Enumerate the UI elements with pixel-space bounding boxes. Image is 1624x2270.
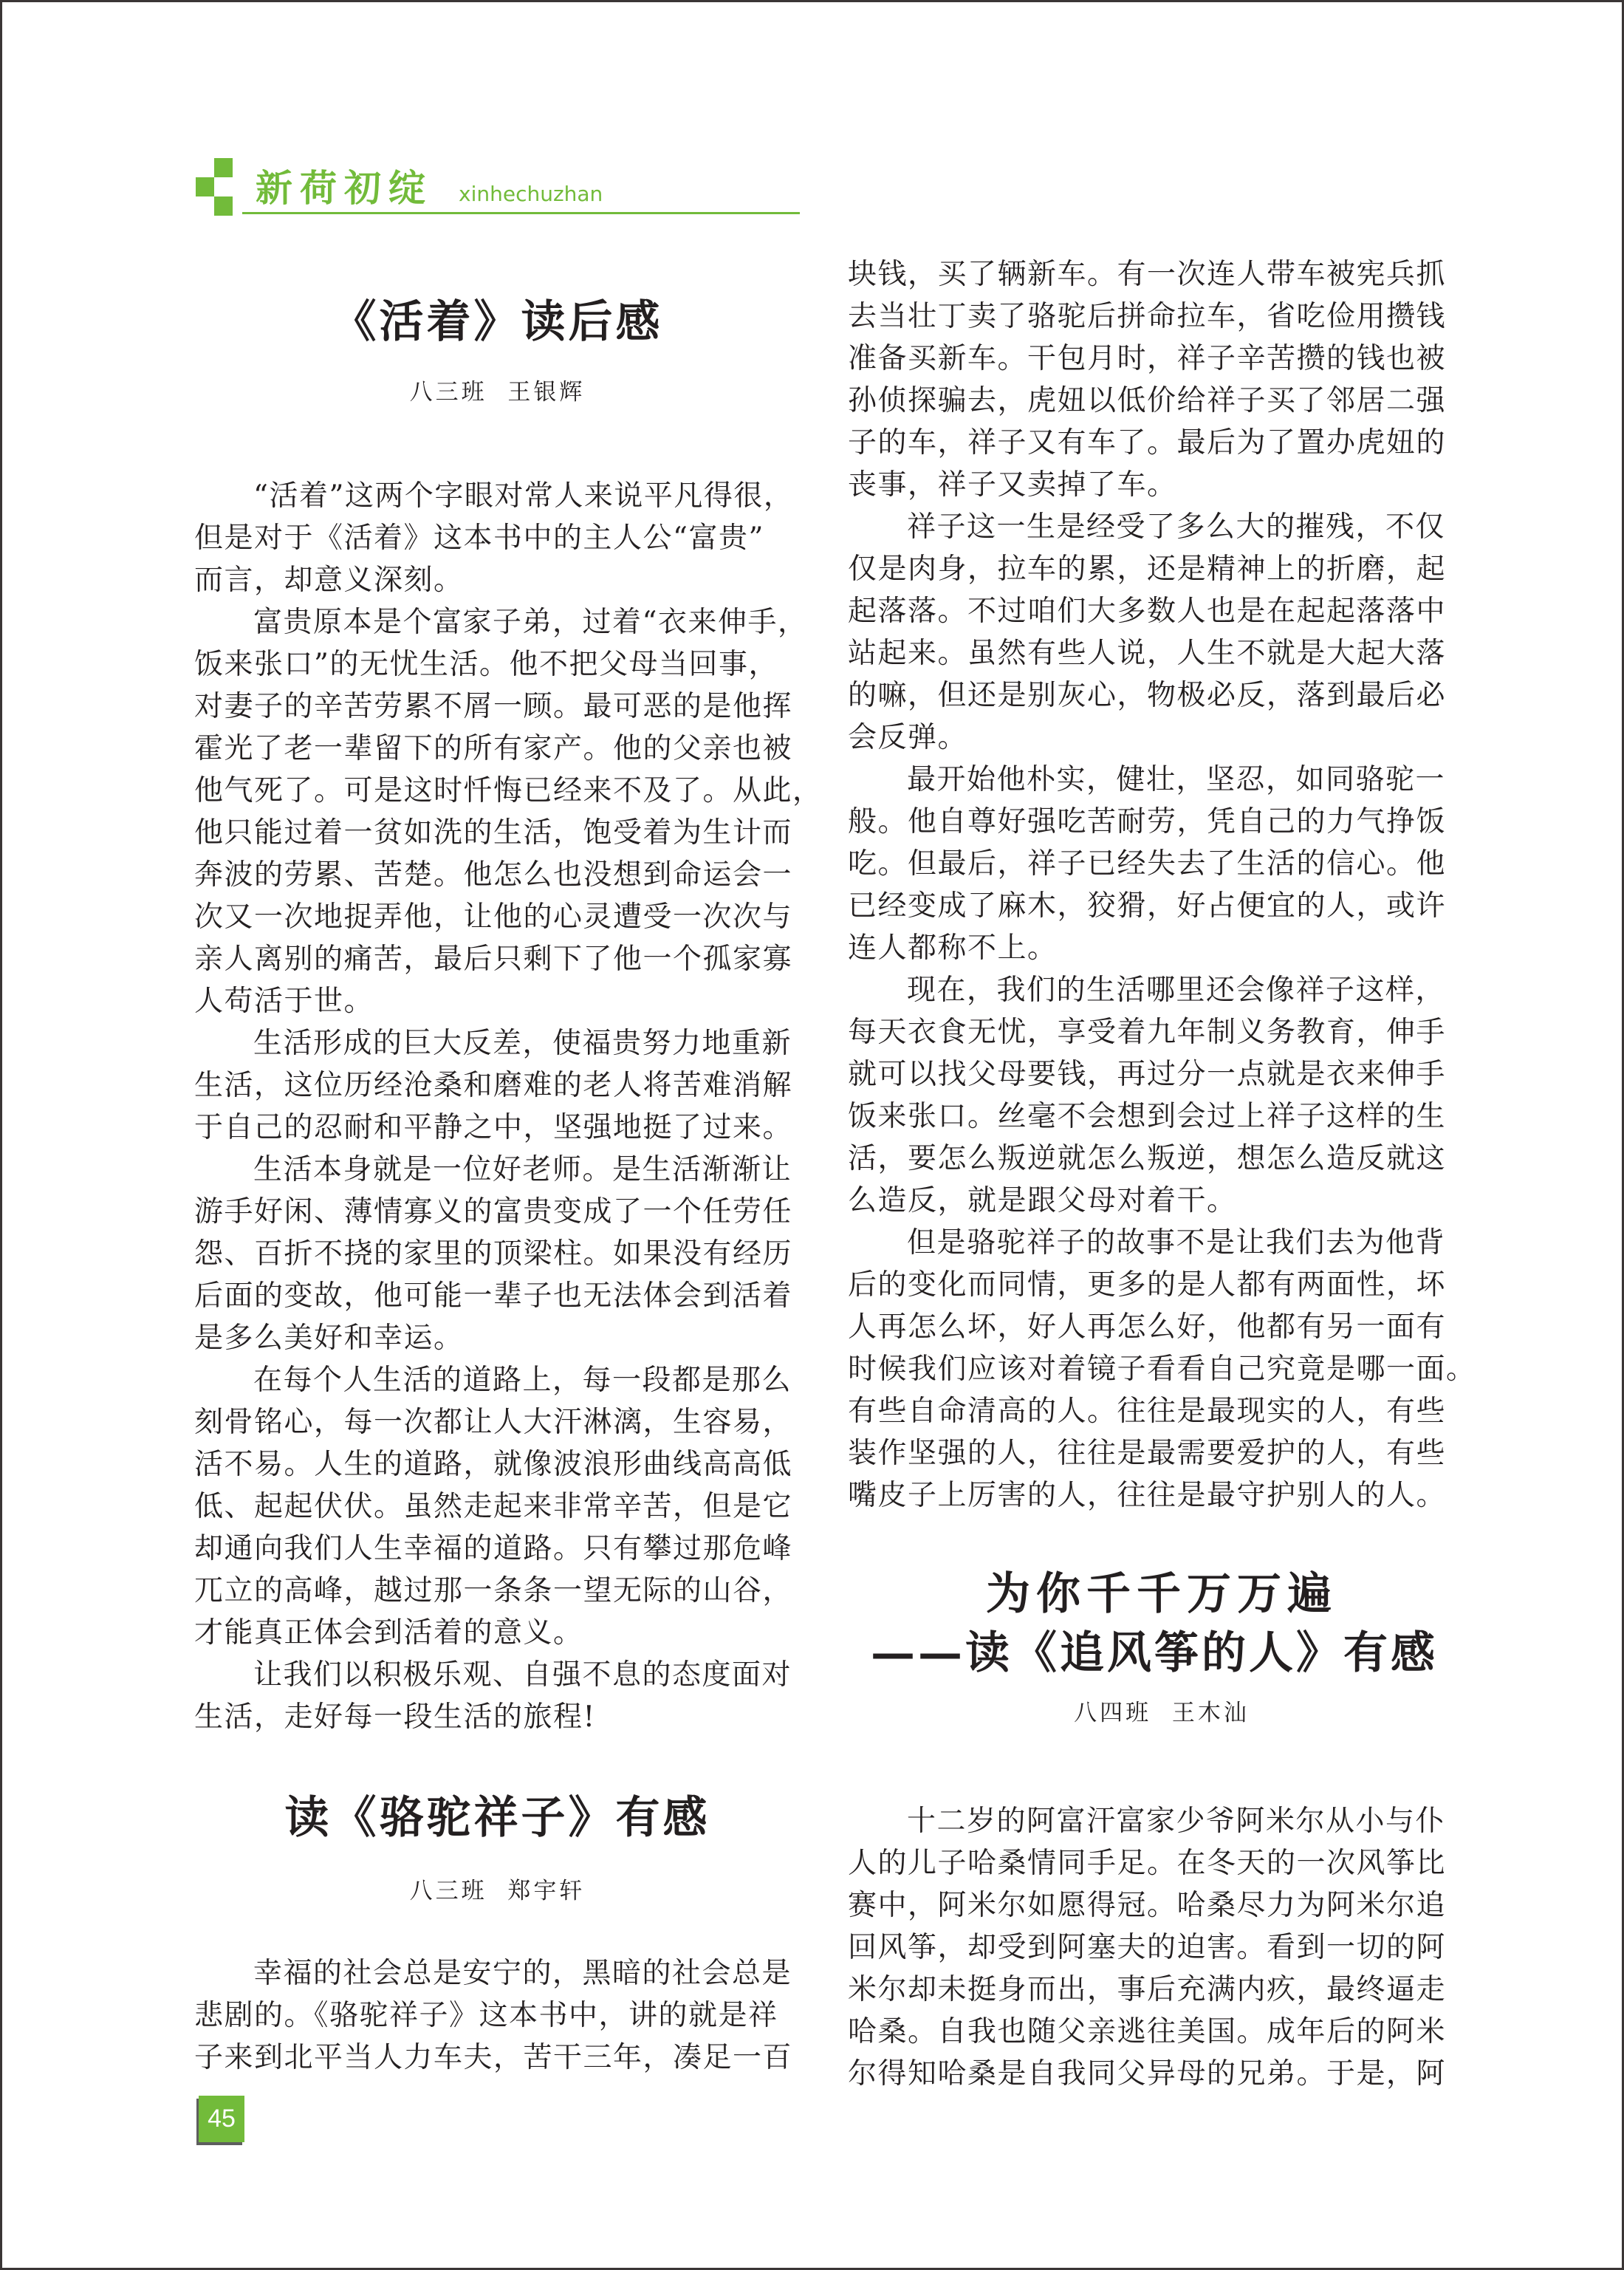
text-line: 游手好闲、薄情寡义的富贵变成了一个任劳任	[194, 1191, 807, 1233]
text-line: 赛中，阿米尔如愿得冠。哈桑尽力为阿米尔追	[848, 1884, 1476, 1927]
text-line: 仅是肉身，拉车的累，还是精神上的折磨，起	[848, 548, 1476, 590]
text-line: 生活，走好每一段生活的旅程!	[194, 1696, 807, 1738]
article-byline: 八三班 王银辉	[196, 377, 798, 407]
text-line: 十二岁的阿富汗富家少爷阿米尔从小与仆	[848, 1800, 1476, 1842]
text-line: 去当壮丁卖了骆驼后拼命拉车，省吃俭用攒钱	[848, 295, 1476, 338]
text-line: 现在，我们的生活哪里还会像祥子这样，	[848, 969, 1476, 1011]
text-line: 活不易。人生的道路，就像波浪形曲线高高低	[194, 1443, 807, 1486]
text-line: 装作坚强的人，往往是最需要爱护的人，有些	[848, 1432, 1476, 1474]
article-byline: 八四班 王木汕	[848, 1698, 1476, 1728]
text-line: 于自己的忍耐和平静之中，坚强地挺了过来。	[194, 1107, 807, 1149]
magazine-page: 新荷初绽 xinhechuzhan 《活着》读后感 八三班 王银辉 “活着”这两…	[0, 0, 1624, 2270]
text-line: 尔得知哈桑是自我同父异母的兄弟。于是，阿	[848, 2053, 1476, 2095]
text-line: 就可以找父母要钱，再过分一点就是衣来伸手	[848, 1053, 1476, 1095]
text-line: 后的变化而同情，更多的是人都有两面性，坏	[848, 1264, 1476, 1306]
text-line: 活，要怎么叛逆就怎么叛逆，想怎么造反就这	[848, 1138, 1476, 1180]
text-line: 有些自命清高的人。往往是最现实的人，有些	[848, 1390, 1476, 1432]
text-line: 而言，却意义深刻。	[194, 559, 807, 601]
text-line: “活着”这两个字眼对常人来说平凡得很，	[194, 475, 807, 517]
text-line: 哈桑。自我也随父亲逃往美国。成年后的阿米	[848, 2011, 1476, 2053]
text-line: 次又一次地捉弄他，让他的心灵遭受一次次与	[194, 896, 807, 938]
text-line: 般。他自尊好强吃苦耐劳，凭自己的力气挣饭	[848, 801, 1476, 843]
text-line: 却通向我们人生幸福的道路。只有攀过那危峰	[194, 1528, 807, 1570]
text-line: 刻骨铭心，每一次都让人大汗淋漓，生容易，	[194, 1401, 807, 1443]
header-underline	[242, 212, 800, 214]
text-line: 饭来张口”的无忧生活。他不把父母当回事，	[194, 643, 807, 686]
text-line: 富贵原本是个富家子弟，过着“衣来伸手，	[194, 601, 807, 643]
article-title: 为你千千万万遍	[848, 1565, 1476, 1624]
text-line: 幸福的社会总是安宁的，黑暗的社会总是	[194, 1952, 807, 1994]
page-number: 45	[199, 2096, 244, 2142]
text-line: 生活形成的巨大反差，使福贵努力地重新	[194, 1022, 807, 1064]
text-line: 米尔却未挺身而出，事后充满内疚，最终逼走	[848, 1969, 1476, 2011]
text-line: 每天衣食无忧，享受着九年制义务教育，伸手	[848, 1011, 1476, 1053]
text-line: 后面的变故，他可能一辈子也无法体会到活着	[194, 1275, 807, 1317]
text-line: 生活本身就是一位好老师。是生活渐渐让	[194, 1149, 807, 1191]
article-body: 十二岁的阿富汗富家少爷阿米尔从小与仆人的儿子哈桑情同手足。在冬天的一次风筝比赛中…	[848, 1800, 1476, 2095]
text-line: 人再怎么坏，好人再怎么好，他都有另一面有	[848, 1306, 1476, 1348]
article-subtitle: ——读《追风筝的人》有感	[829, 1624, 1479, 1683]
text-line: 的嘛，但还是别灰心，物极必反，落到最后必	[848, 674, 1476, 717]
text-line: 是多么美好和幸运。	[194, 1317, 807, 1359]
logo-square-bottom-icon	[214, 196, 233, 216]
text-line: 人的儿子哈桑情同手足。在冬天的一次风筝比	[848, 1842, 1476, 1884]
text-line: 会反弹。	[848, 717, 1476, 759]
text-line: 霍光了老一辈留下的所有家产。他的父亲也被	[194, 728, 807, 770]
section-title: 新荷初绽	[256, 166, 433, 211]
text-line: 连人都称不上。	[848, 927, 1476, 969]
text-line: 饭来张口。丝毫不会想到会过上祥子这样的生	[848, 1095, 1476, 1138]
article-body: “活着”这两个字眼对常人来说平凡得很，但是对于《活着》这本书中的主人公“富贵”而…	[194, 475, 807, 1738]
text-line: 么造反，就是跟父母对着干。	[848, 1180, 1476, 1222]
logo-square-middle-icon	[196, 177, 214, 196]
text-line: 奔波的劳累、苦楚。他怎么也没想到命运会一	[194, 854, 807, 896]
text-line: 子来到北平当人力车夫，苦干三年，凑足一百	[194, 2037, 807, 2079]
text-line: 丧事，祥子又卖掉了车。	[848, 464, 1476, 506]
text-line: 时候我们应该对着镜子看看自己究竟是哪一面。	[848, 1348, 1476, 1390]
text-line: 怨、百折不挠的家里的顶梁柱。如果没有经历	[194, 1233, 807, 1275]
text-line: 生活，这位历经沧桑和磨难的老人将苦难消解	[194, 1064, 807, 1107]
section-pinyin: xinhechuzhan	[459, 180, 603, 209]
text-line: 但是骆驼祥子的故事不是让我们去为他背	[848, 1222, 1476, 1264]
article-byline: 八三班 郑宇轩	[196, 1876, 798, 1906]
text-line: 子的车，祥子又有车了。最后为了置办虎妞的	[848, 422, 1476, 464]
text-line: 亲人离别的痛苦，最后只剩下了他一个孤家寡	[194, 938, 807, 980]
text-line: 但是对于《活着》这本书中的主人公“富贵”	[194, 517, 807, 559]
article-body-continued: 块钱，买了辆新车。有一次连人带车被宪兵抓去当壮丁卖了骆驼后拼命拉车，省吃俭用攒钱…	[848, 253, 1476, 1517]
article-body: 幸福的社会总是安宁的，黑暗的社会总是悲剧的。《骆驼祥子》这本书中，讲的就是祥子来…	[194, 1952, 807, 2079]
text-line: 悲剧的。《骆驼祥子》这本书中，讲的就是祥	[194, 1994, 807, 2037]
text-line: 让我们以积极乐观、自强不息的态度面对	[194, 1654, 807, 1696]
article-title: 《活着》读后感	[196, 293, 798, 352]
text-line: 站起来。虽然有些人说，人生不就是大起大落	[848, 632, 1476, 674]
text-line: 他只能过着一贫如洗的生活，饱受着为生计而	[194, 812, 807, 854]
text-line: 兀立的高峰，越过那一条条一望无际的山谷，	[194, 1570, 807, 1612]
text-line: 祥子这一生是经受了多么大的摧残，不仅	[848, 506, 1476, 548]
text-line: 最开始他朴实，健壮，坚忍，如同骆驼一	[848, 759, 1476, 801]
text-line: 已经变成了麻木，狡猾，好占便宜的人，或许	[848, 885, 1476, 927]
text-line: 回风筝，却受到阿塞夫的迫害。看到一切的阿	[848, 1927, 1476, 1969]
text-line: 在每个人生活的道路上，每一段都是那么	[194, 1359, 807, 1401]
text-line: 准备买新车。干包月时，祥子辛苦攒的钱也被	[848, 338, 1476, 380]
text-line: 块钱，买了辆新车。有一次连人带车被宪兵抓	[848, 253, 1476, 295]
text-line: 人苟活于世。	[194, 980, 807, 1022]
text-line: 孙侦探骗去，虎妞以低价给祥子买了邻居二强	[848, 380, 1476, 422]
text-line: 嘴皮子上厉害的人，往往是最守护别人的人。	[848, 1474, 1476, 1517]
text-line: 对妻子的辛苦劳累不屑一顾。最可恶的是他挥	[194, 686, 807, 728]
article-title: 读《骆驼祥子》有感	[196, 1788, 798, 1847]
text-line: 低、起起伏伏。虽然走起来非常辛苦，但是它	[194, 1486, 807, 1528]
text-line: 才能真正体会到活着的意义。	[194, 1612, 807, 1654]
logo-square-top-icon	[214, 158, 233, 177]
text-line: 吃。但最后，祥子已经失去了生活的信心。他	[848, 843, 1476, 885]
text-line: 他气死了。可是这时忏悔已经来不及了。从此，	[194, 770, 807, 812]
text-line: 起落落。不过咱们大多数人也是在起起落落中	[848, 590, 1476, 632]
